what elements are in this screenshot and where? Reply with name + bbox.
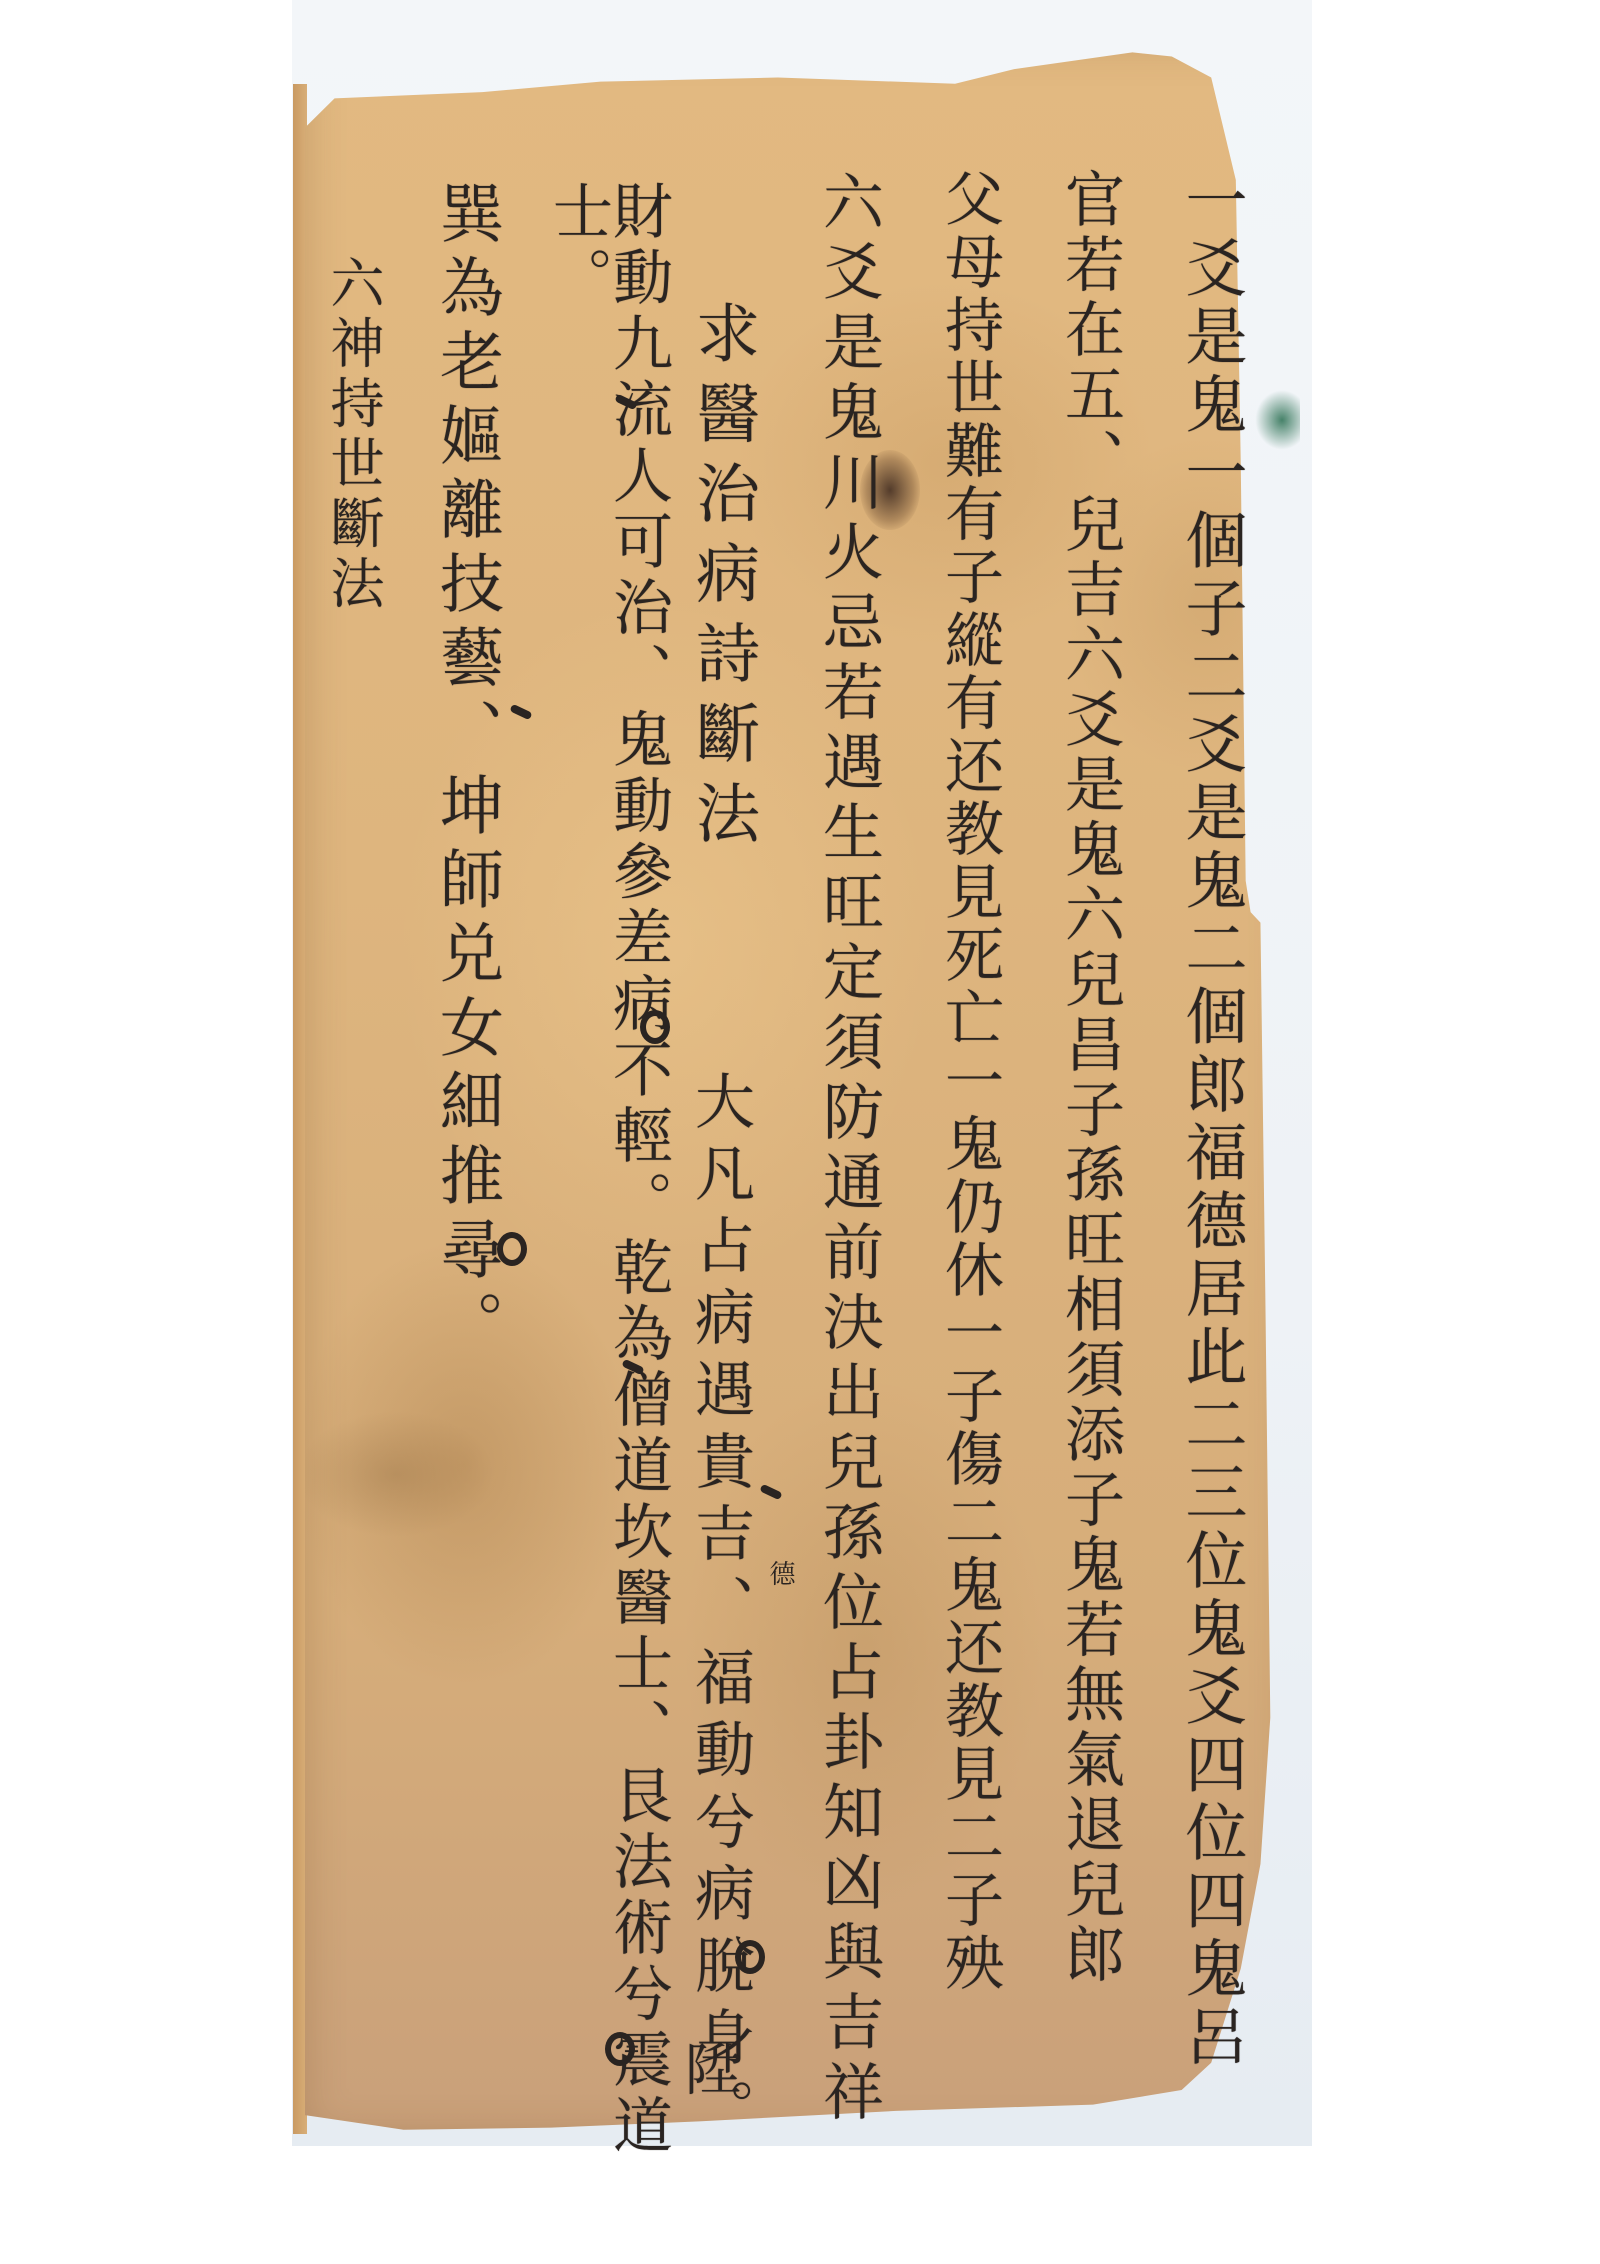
circle-mark <box>735 1940 765 1974</box>
circle-mark <box>497 1232 527 1266</box>
text-column-8: 巽為老嫗離技藝、坤師兑女細推尋。 <box>434 180 498 1364</box>
text-column-4: 六爻是鬼川火忌若遇生旺定須防通前決出兒孫位占卦知凶與吉祥 <box>818 170 879 2130</box>
text-column-2: 官若在五、兒吉六爻是鬼六兒昌子孫旺相須添子鬼若無氣退兒郎 <box>1060 168 1120 1988</box>
circle-mark <box>640 1010 670 1044</box>
text-column-7: 財動九流人可治、鬼動參差病不輕。乾為僧道坎醫士、艮法術兮震道士。 <box>548 180 668 2264</box>
interlinear-note: 德 <box>762 1560 799 1586</box>
trailing-mark: 陞 <box>680 2040 736 2100</box>
text-column-6: 大凡占病遇貴吉、福動兮病脫身。 <box>690 1070 750 2150</box>
green-stain <box>1255 390 1300 450</box>
section-heading-seek-doctor: 求醫治病詩斷法 <box>690 300 754 860</box>
section-heading-six-spirits: 六神持世斷法 <box>326 255 380 615</box>
page-edge <box>293 84 307 2134</box>
text-column-3: 父母持世難有子縱有还教見死亡一鬼仍休一子傷二鬼还教見二子殃 <box>940 168 999 1995</box>
circle-mark <box>605 2032 635 2066</box>
text-column-1: 一爻是鬼一個子二爻是鬼二個郎福德居此二三位鬼爻四位四鬼呂 <box>1180 168 1242 2072</box>
